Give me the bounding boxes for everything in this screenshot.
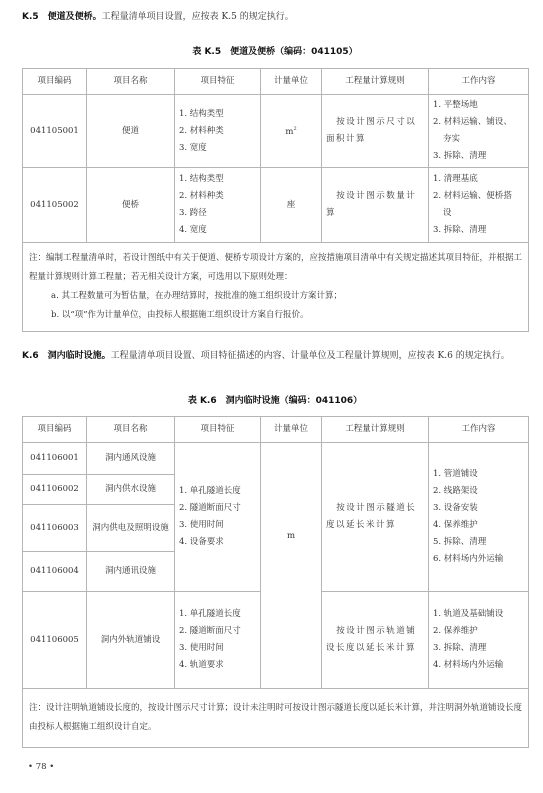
- item-unit: m2: [261, 95, 322, 168]
- unit-superscript: 2: [293, 126, 296, 132]
- item-features: 1. 结构类型 2. 材料种类 3. 宽度: [175, 95, 261, 168]
- item-work: 1. 清理基底 2. 材料运输、便桥搭 设 3. 拆除、清理: [429, 168, 529, 243]
- work-line: 2. 材料运输、铺设、: [433, 114, 524, 131]
- feature-line: 1. 结构类型: [179, 171, 256, 188]
- group2-features: 1. 单孔隧道长度 2. 隧道断面尺寸 3. 使用时间 4. 轨道要求: [175, 592, 261, 689]
- section-k5-text: 工程量清单项目设置，应按表 K.5 的规定执行。: [102, 12, 294, 22]
- table-k6: 项目编码 项目名称 项目特征 计量单位 工程量计算规则 工作内容 0411060…: [22, 416, 529, 748]
- feature-line: 2. 材料种类: [179, 123, 256, 140]
- header-unit: 计量单位: [261, 417, 322, 443]
- work-line: 4. 材料场内外运输: [433, 657, 524, 674]
- header-features: 项目特征: [175, 69, 261, 95]
- feature-line: 2. 隧道断面尺寸: [179, 623, 256, 640]
- header-work: 工作内容: [429, 417, 529, 443]
- header-code: 项目编码: [23, 69, 87, 95]
- item-name: 便道: [87, 95, 175, 168]
- feature-line: 4. 设备要求: [179, 534, 256, 551]
- item-name: 洞内外轨道铺设: [87, 592, 175, 689]
- item-code: 041106002: [23, 475, 87, 505]
- work-line: 1. 轨道及基础铺设: [433, 606, 524, 623]
- table-row: 041105002 便桥 1. 结构类型 2. 材料种类 3. 跨径 4. 宽度…: [23, 168, 529, 243]
- feature-line: 3. 使用时间: [179, 640, 256, 657]
- item-rule: 按设计图示尺寸以面积计算: [322, 95, 429, 168]
- table-header-row: 项目编码 项目名称 项目特征 计量单位 工程量计算规则 工作内容: [23, 69, 529, 95]
- item-code: 041105002: [23, 168, 87, 243]
- feature-line: 1. 单孔隧道长度: [179, 483, 256, 500]
- header-features: 项目特征: [175, 417, 261, 443]
- group1-work: 1. 管道铺设 2. 线路架设 3. 设备安装 4. 保养维护 5. 拆除、清理…: [429, 443, 529, 592]
- item-name: 洞内通风设施: [87, 443, 175, 475]
- feature-line: 2. 材料种类: [179, 188, 256, 205]
- table-k5-caption: 表 K.5 便道及便桥（编码：041105）: [22, 44, 528, 57]
- work-line: 3. 拆除、清理: [433, 222, 524, 239]
- header-unit: 计量单位: [261, 69, 322, 95]
- section-k5-heading: K.5 便道及便桥。: [22, 12, 102, 22]
- section-k6-text: 工程量清单项目设置、项目特征描述的内容、计量单位及工程量计算规则，应按表 K.6…: [111, 351, 510, 361]
- item-features: 1. 结构类型 2. 材料种类 3. 跨径 4. 宽度: [175, 168, 261, 243]
- work-line: 2. 保养维护: [433, 623, 524, 640]
- table-note-row: 注：设计注明轨道铺设长度的，按设计图示尺寸计算；设计未注明时可按设计图示隧道长度…: [23, 689, 529, 748]
- table-header-row: 项目编码 项目名称 项目特征 计量单位 工程量计算规则 工作内容: [23, 417, 529, 443]
- work-line: 1. 管道铺设: [433, 466, 524, 483]
- header-rule: 工程量计算规则: [322, 69, 429, 95]
- work-line: 设: [433, 205, 524, 222]
- note-item-b: b. 以“项”作为计量单位，由投标人根据施工组织设计方案自行报价。: [29, 306, 522, 325]
- table-row: 041106001 洞内通风设施 1. 单孔隧道长度 2. 隧道断面尺寸 3. …: [23, 443, 529, 475]
- header-name: 项目名称: [87, 417, 175, 443]
- item-code: 041106005: [23, 592, 87, 689]
- feature-line: 2. 隧道断面尺寸: [179, 500, 256, 517]
- group2-rule: 按设计图示轨道铺设长度以延长米计算: [322, 592, 429, 689]
- header-rule: 工程量计算规则: [322, 417, 429, 443]
- work-line: 1. 清理基底: [433, 171, 524, 188]
- header-name: 项目名称: [87, 69, 175, 95]
- section-k6-intro: K.6 洞内临时设施。工程量清单项目设置、项目特征描述的内容、计量单位及工程量计…: [22, 347, 528, 366]
- group1-rule: 按设计图示隧道长度以延长米计算: [322, 443, 429, 592]
- feature-line: 3. 跨径: [179, 205, 256, 222]
- work-line: 2. 线路架设: [433, 483, 524, 500]
- table-row: 041105001 便道 1. 结构类型 2. 材料种类 3. 宽度 m2 按设…: [23, 95, 529, 168]
- page-number: • 78 •: [28, 762, 54, 772]
- group1-features: 1. 单孔隧道长度 2. 隧道断面尺寸 3. 使用时间 4. 设备要求: [175, 443, 261, 592]
- item-unit: m: [261, 443, 322, 689]
- work-line: 4. 保养维护: [433, 517, 524, 534]
- item-code: 041106003: [23, 505, 87, 552]
- work-line: 5. 拆除、清理: [433, 534, 524, 551]
- table-k5: 项目编码 项目名称 项目特征 计量单位 工程量计算规则 工作内容 0411050…: [22, 68, 529, 332]
- work-line: 3. 设备安装: [433, 500, 524, 517]
- section-k6-heading: K.6 洞内临时设施。: [22, 351, 111, 361]
- item-rule: 按设计图示数量计算: [322, 168, 429, 243]
- item-name: 洞内通讯设施: [87, 552, 175, 592]
- header-code: 项目编码: [23, 417, 87, 443]
- header-work: 工作内容: [429, 69, 529, 95]
- table-note-row: 注：编制工程量清单时，若设计图纸中有关于便道、便桥专项设计方案的，应按措施项目清…: [23, 243, 529, 332]
- work-line: 1. 平整场地: [433, 97, 524, 114]
- item-code: 041106004: [23, 552, 87, 592]
- item-work: 1. 平整场地 2. 材料运输、铺设、 夯实 3. 拆除、清理: [429, 95, 529, 168]
- item-name: 洞内供水设施: [87, 475, 175, 505]
- feature-line: 1. 结构类型: [179, 106, 256, 123]
- item-unit: 座: [261, 168, 322, 243]
- item-code: 041105001: [23, 95, 87, 168]
- work-line: 夯实: [433, 131, 524, 148]
- table-note: 注：设计注明轨道铺设长度的，按设计图示尺寸计算；设计未注明时可按设计图示隧道长度…: [23, 689, 529, 748]
- note-item-a: a. 其工程数量可为暂估量，在办理结算时，按批准的施工组织设计方案计算；: [29, 287, 522, 306]
- feature-line: 4. 宽度: [179, 222, 256, 239]
- section-k5-intro: K.5 便道及便桥。工程量清单项目设置，应按表 K.5 的规定执行。: [22, 8, 528, 27]
- item-code: 041106001: [23, 443, 87, 475]
- group2-work: 1. 轨道及基础铺设 2. 保养维护 3. 拆除、清理 4. 材料场内外运输: [429, 592, 529, 689]
- feature-line: 3. 宽度: [179, 140, 256, 157]
- feature-line: 3. 使用时间: [179, 517, 256, 534]
- note-main: 注：编制工程量清单时，若设计图纸中有关于便道、便桥专项设计方案的，应按措施项目清…: [29, 249, 522, 287]
- work-line: 3. 拆除、清理: [433, 148, 524, 165]
- work-line: 2. 材料运输、便桥搭: [433, 188, 524, 205]
- feature-line: 1. 单孔隧道长度: [179, 606, 256, 623]
- table-k6-caption: 表 K.6 洞内临时设施（编码：041106）: [22, 393, 528, 406]
- work-line: 6. 材料场内外运输: [433, 551, 524, 568]
- feature-line: 4. 轨道要求: [179, 657, 256, 674]
- table-note: 注：编制工程量清单时，若设计图纸中有关于便道、便桥专项设计方案的，应按措施项目清…: [23, 243, 529, 332]
- work-line: 3. 拆除、清理: [433, 640, 524, 657]
- item-name: 便桥: [87, 168, 175, 243]
- item-name: 洞内供电及照明设施: [87, 505, 175, 552]
